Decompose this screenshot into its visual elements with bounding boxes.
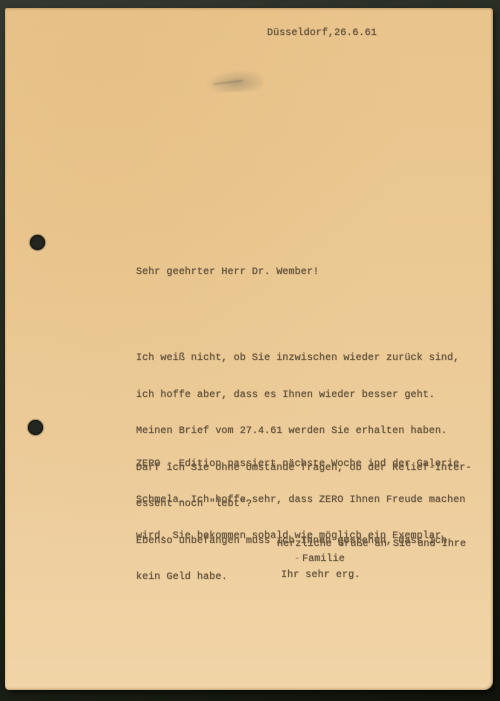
salutation-line: Sehr geehrter Herr Dr. Wember!: [136, 267, 319, 278]
closing-greeting-line: Herzliche Grüße an Sie und Ihre: [277, 539, 466, 550]
punch-hole-top: [30, 235, 45, 250]
letter-line: Ich weiß nicht, ob Sie inzwischen wieder…: [136, 352, 472, 367]
closing-family-line: -Familie: [294, 554, 345, 565]
date-line: Düsseldorf,26.6.61: [267, 28, 377, 39]
closing-family-text: Familie: [302, 554, 345, 565]
punch-hole-bottom: [28, 420, 43, 435]
letter-page: Düsseldorf,26.6.61 Sehr geehrter Herr Dr…: [5, 8, 493, 690]
stray-typewriter-mark: -: [294, 554, 300, 565]
pencil-smudge: [204, 68, 263, 94]
letter-line: ZERO - Edition passiert nächste Woche in…: [136, 458, 465, 472]
letter-line: ich hoffe aber, dass es Ihnen wieder bes…: [136, 389, 472, 404]
letter-line: Schmela. Ich hoffe sehr, dass ZERO Ihnen…: [136, 494, 465, 508]
closing-signoff-line: Ihr sehr erg.: [281, 570, 360, 581]
